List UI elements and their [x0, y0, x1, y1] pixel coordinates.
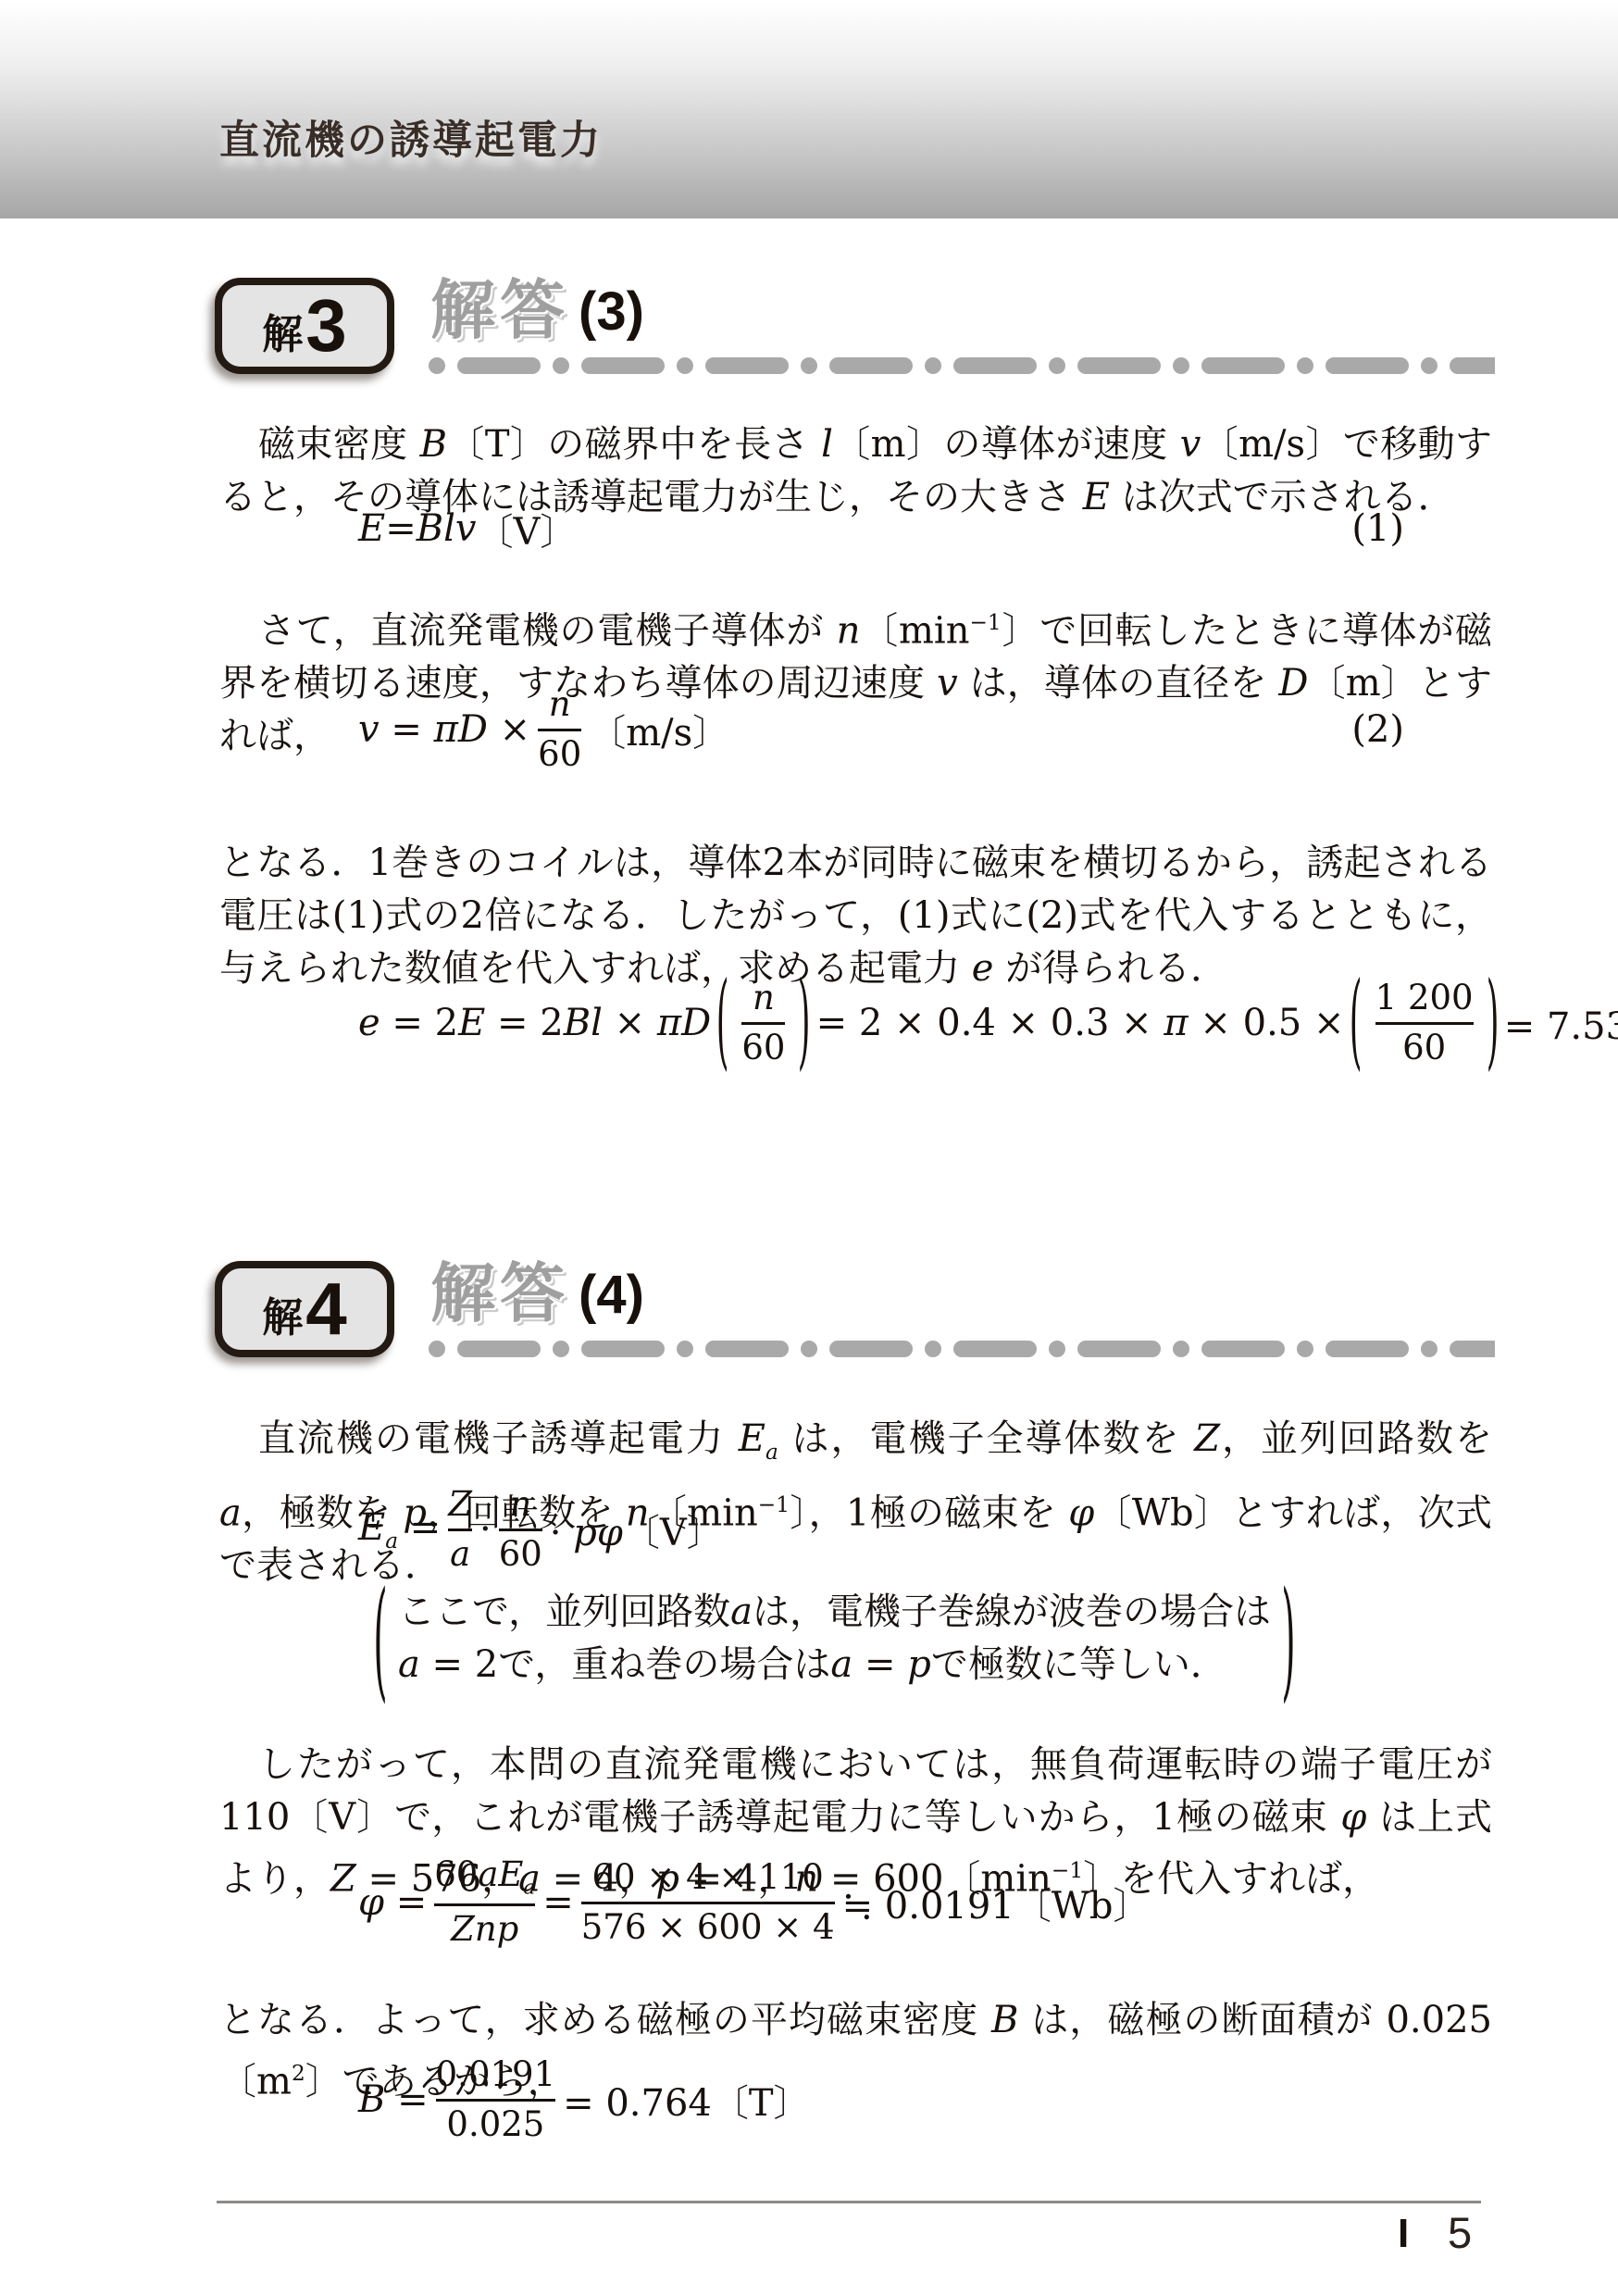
right-paren: )	[1281, 1574, 1295, 1703]
left-paren: (	[716, 971, 729, 1075]
equation-1-body: E = Blv 〔V〕	[358, 503, 577, 555]
equation-e-result: e = 2E = 2Bl × πD ( n 60 ) = 2 × 0.4 × 0…	[219, 960, 1492, 1086]
equation-2-post: 〔m/s〕	[589, 704, 729, 756]
fraction-00191-0025: 0.0191 0.025	[436, 2055, 555, 2144]
badge-kanji: 解	[262, 301, 303, 360]
right-paren: )	[798, 971, 811, 1075]
fraction-n-60: n 60	[741, 979, 785, 1067]
section3-header: 解 3 解答 (3)	[219, 278, 1492, 435]
eqEa-pre: Ea =	[358, 1506, 441, 1554]
left-paren: (	[1350, 971, 1363, 1075]
parenthetical-note: ( ここで，並列回路数aは，電機子巻線が波巻の場合は a = 2で，重ね巻の場合…	[219, 1574, 1492, 1703]
bigeq-s3: = 7.539 ≒ 7.54 〔V〕	[1504, 997, 1618, 1050]
eqEa-post: · pφ〔V〕	[550, 1504, 724, 1556]
solution4-badge: 解 4	[215, 1261, 394, 1357]
equation-1: E = Blv 〔V〕 (1)	[219, 503, 1492, 555]
equation-2-pre: v = πD ×	[358, 708, 530, 751]
dotted-rule	[429, 357, 1495, 374]
equation-Ea: Ea = Z a · n 60 · pφ〔V〕	[219, 1479, 1492, 1579]
section4-header: 解 4 解答 (4)	[219, 1261, 1492, 1418]
badge-number: 3	[305, 289, 347, 363]
eqPhi-pre: φ =	[358, 1881, 427, 1924]
note-line2: a = 2で，重ね巻の場合はa = pで極数に等しい．	[398, 1643, 1227, 1686]
section3-heading: 解答	[430, 278, 569, 343]
eqB-pre: B =	[358, 2078, 429, 2121]
equation-2: v = πD × n 60 〔m/s〕 (2)	[219, 680, 1492, 780]
section3-heading-number: (3)	[579, 285, 644, 339]
eqPhi-post: ≒ 0.0191〔Wb〕	[842, 1877, 1151, 1929]
right-paren: )	[1486, 971, 1499, 1075]
equation-phi: φ = 60aEa Znp = 60 × 4 × 110 576 × 600 ×…	[219, 1847, 1492, 1958]
bigeq-s1: e = 2E = 2Bl × πD	[358, 1002, 711, 1044]
section4-heading-number: (4)	[579, 1268, 644, 1322]
textbook-page: 直流機の誘導起電力 解 3 解答 (3) 磁束密度 B〔T〕の磁界中を長さ l〔…	[0, 0, 1618, 2296]
badge-number: 4	[305, 1272, 347, 1346]
fraction-numeric: 60 × 4 × 110 576 × 600 × 4	[581, 1858, 835, 1947]
badge-kanji: 解	[262, 1284, 303, 1343]
middle-dot: ·	[479, 1508, 492, 1551]
bigeq-s2: = 2 × 0.4 × 0.3 × π × 0.5 ×	[816, 1002, 1345, 1044]
equation-B: B = 0.0191 0.025 = 0.764〔T〕	[219, 2046, 1492, 2153]
footer-part-label: I	[1398, 2211, 1409, 2257]
equation-1-number: (1)	[1351, 507, 1492, 550]
footer-rule	[217, 2201, 1481, 2203]
section4-heading: 解答	[430, 1261, 569, 1326]
equation-2-number: (2)	[1351, 708, 1492, 751]
footer-page-number: 5	[1448, 2207, 1472, 2258]
solution3-badge: 解 3	[215, 278, 394, 374]
fraction-n-60: n 60	[538, 685, 581, 774]
fraction-n-60: n 60	[499, 1485, 542, 1574]
content-area: 解 3 解答 (3) 磁束密度 B〔T〕の磁界中を長さ l〔m〕の導体が速度 v…	[219, 0, 1492, 2296]
fraction-60aEa-Znp: 60aEa Znp	[434, 1855, 535, 1950]
left-paren: (	[373, 1574, 387, 1703]
note-line1: ここで，並列回路数aは，電機子巻線が波巻の場合は	[398, 1591, 1271, 1633]
fraction-1200-60: 1 200 60	[1375, 979, 1474, 1067]
dotted-rule	[429, 1341, 1495, 1357]
fraction-Z-a: Z a	[448, 1485, 472, 1574]
eqPhi-mid: =	[542, 1881, 574, 1924]
eqB-post: = 0.764〔T〕	[563, 2074, 810, 2127]
